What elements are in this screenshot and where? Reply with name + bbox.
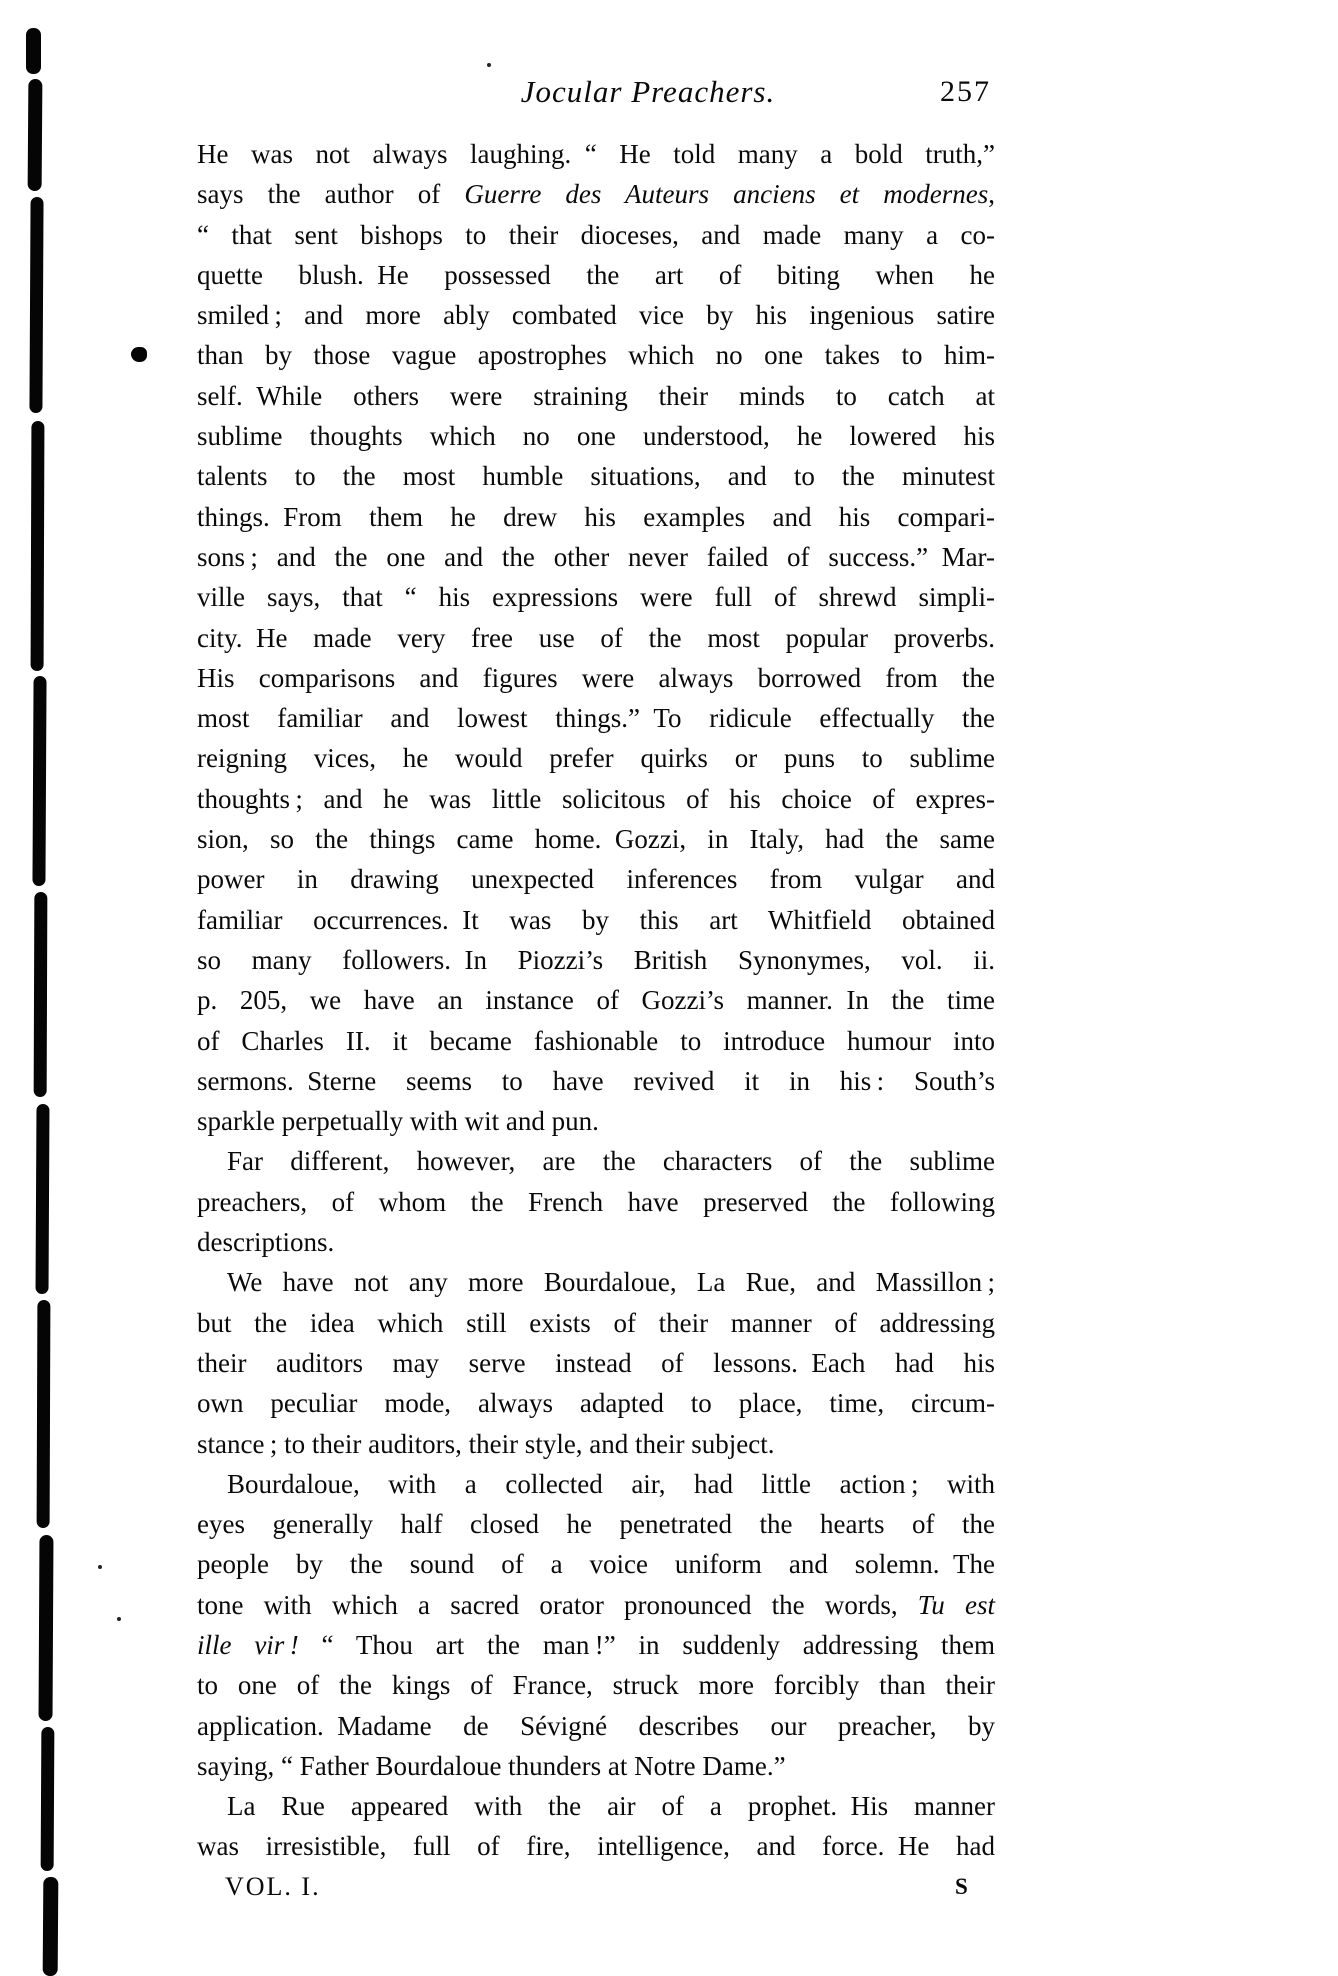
- scanned-book-page: Jocular Preachers. 257 He was not always…: [0, 0, 1338, 1976]
- text-line: was irresistible, full of fire, intellig…: [197, 1826, 995, 1866]
- ink-spot: [131, 347, 147, 362]
- text-line: own peculiar mode, always adapted to pla…: [197, 1383, 995, 1423]
- text-line: sermons. Sterne seems to have revived it…: [197, 1061, 995, 1101]
- text-line: ville says, that “ his expressions were …: [197, 577, 995, 617]
- text-line: sublime thoughts which no one understood…: [197, 416, 995, 456]
- text-line: than by those vague apostrophes which no…: [197, 335, 995, 375]
- text-line: application. Madame de Sévigné describes…: [197, 1706, 995, 1746]
- text-line: eyes generally half closed he penetrated…: [197, 1504, 995, 1544]
- volume-label: VOL. I.: [225, 1867, 321, 1907]
- ink-speck: [117, 1617, 121, 1621]
- text-line: talents to the most humble situations, a…: [197, 456, 995, 496]
- text-line: ille vir ! “ Thou art the man !” in sudd…: [197, 1625, 995, 1665]
- text-line: His comparisons and figures were always …: [197, 658, 995, 698]
- text-line: saying, “ Father Bourdaloue thunders at …: [197, 1746, 995, 1786]
- text-line: but the idea which still exists of their…: [197, 1303, 995, 1343]
- text-line: He was not always laughing. “ He told ma…: [197, 134, 995, 174]
- text-line: smiled ; and more ably combated vice by …: [197, 295, 995, 335]
- text-line: preachers, of whom the French have prese…: [197, 1182, 995, 1222]
- text-line: tone with which a sacred orator pronounc…: [197, 1585, 995, 1625]
- text-line: familiar occurrences. It was by this art…: [197, 900, 995, 940]
- text-line: We have not any more Bourdaloue, La Rue,…: [197, 1262, 995, 1302]
- text-line: p. 205, we have an instance of Gozzi’s m…: [197, 980, 995, 1020]
- text-line: thoughts ; and he was little solicitous …: [197, 779, 995, 819]
- text-line: says the author of Guerre des Auteurs an…: [197, 174, 995, 214]
- page-number: 257: [940, 72, 991, 112]
- text-line: self. While others were straining their …: [197, 376, 995, 416]
- text-line: “ that sent bishops to their dioceses, a…: [197, 215, 995, 255]
- text-line: sparkle perpetually with wit and pun.: [197, 1101, 995, 1141]
- running-header: Jocular Preachers. 257: [197, 72, 995, 112]
- text-line: their auditors may serve instead of less…: [197, 1343, 995, 1383]
- text-line: Bourdaloue, with a collected air, had li…: [197, 1464, 995, 1504]
- text-line: stance ; to their auditors, their style,…: [197, 1424, 995, 1464]
- text-line: city. He made very free use of the most …: [197, 618, 995, 658]
- signature-mark: S: [955, 1867, 968, 1907]
- text-line: power in drawing unexpected inferences f…: [197, 859, 995, 899]
- text-line: Far different, however, are the characte…: [197, 1141, 995, 1181]
- text-line: sion, so the things came home. Gozzi, in…: [197, 819, 995, 859]
- text-line: sons ; and the one and the other never f…: [197, 537, 995, 577]
- text-line: of Charles II. it became fashionable to …: [197, 1021, 995, 1061]
- page-footer: VOL. I. S: [197, 1867, 995, 1907]
- text-line: to one of the kings of France, struck mo…: [197, 1665, 995, 1705]
- text-line: La Rue appeared with the air of a prophe…: [197, 1786, 995, 1826]
- text-line: so many followers. In Piozzi’s British S…: [197, 940, 995, 980]
- text-line: things. From them he drew his examples a…: [197, 497, 995, 537]
- page-title: Jocular Preachers.: [249, 72, 1047, 112]
- text-line: descriptions.: [197, 1222, 995, 1262]
- text-line: most familiar and lowest things.” To rid…: [197, 698, 995, 738]
- ink-speck: [487, 63, 491, 67]
- body-text: He was not always laughing. “ He told ma…: [197, 134, 995, 1867]
- text-line: reigning vices, he would prefer quirks o…: [197, 738, 995, 778]
- text-column: Jocular Preachers. 257 He was not always…: [197, 72, 995, 1907]
- text-line: people by the sound of a voice uniform a…: [197, 1544, 995, 1584]
- text-line: quette blush. He possessed the art of bi…: [197, 255, 995, 295]
- ink-speck: [98, 1565, 102, 1569]
